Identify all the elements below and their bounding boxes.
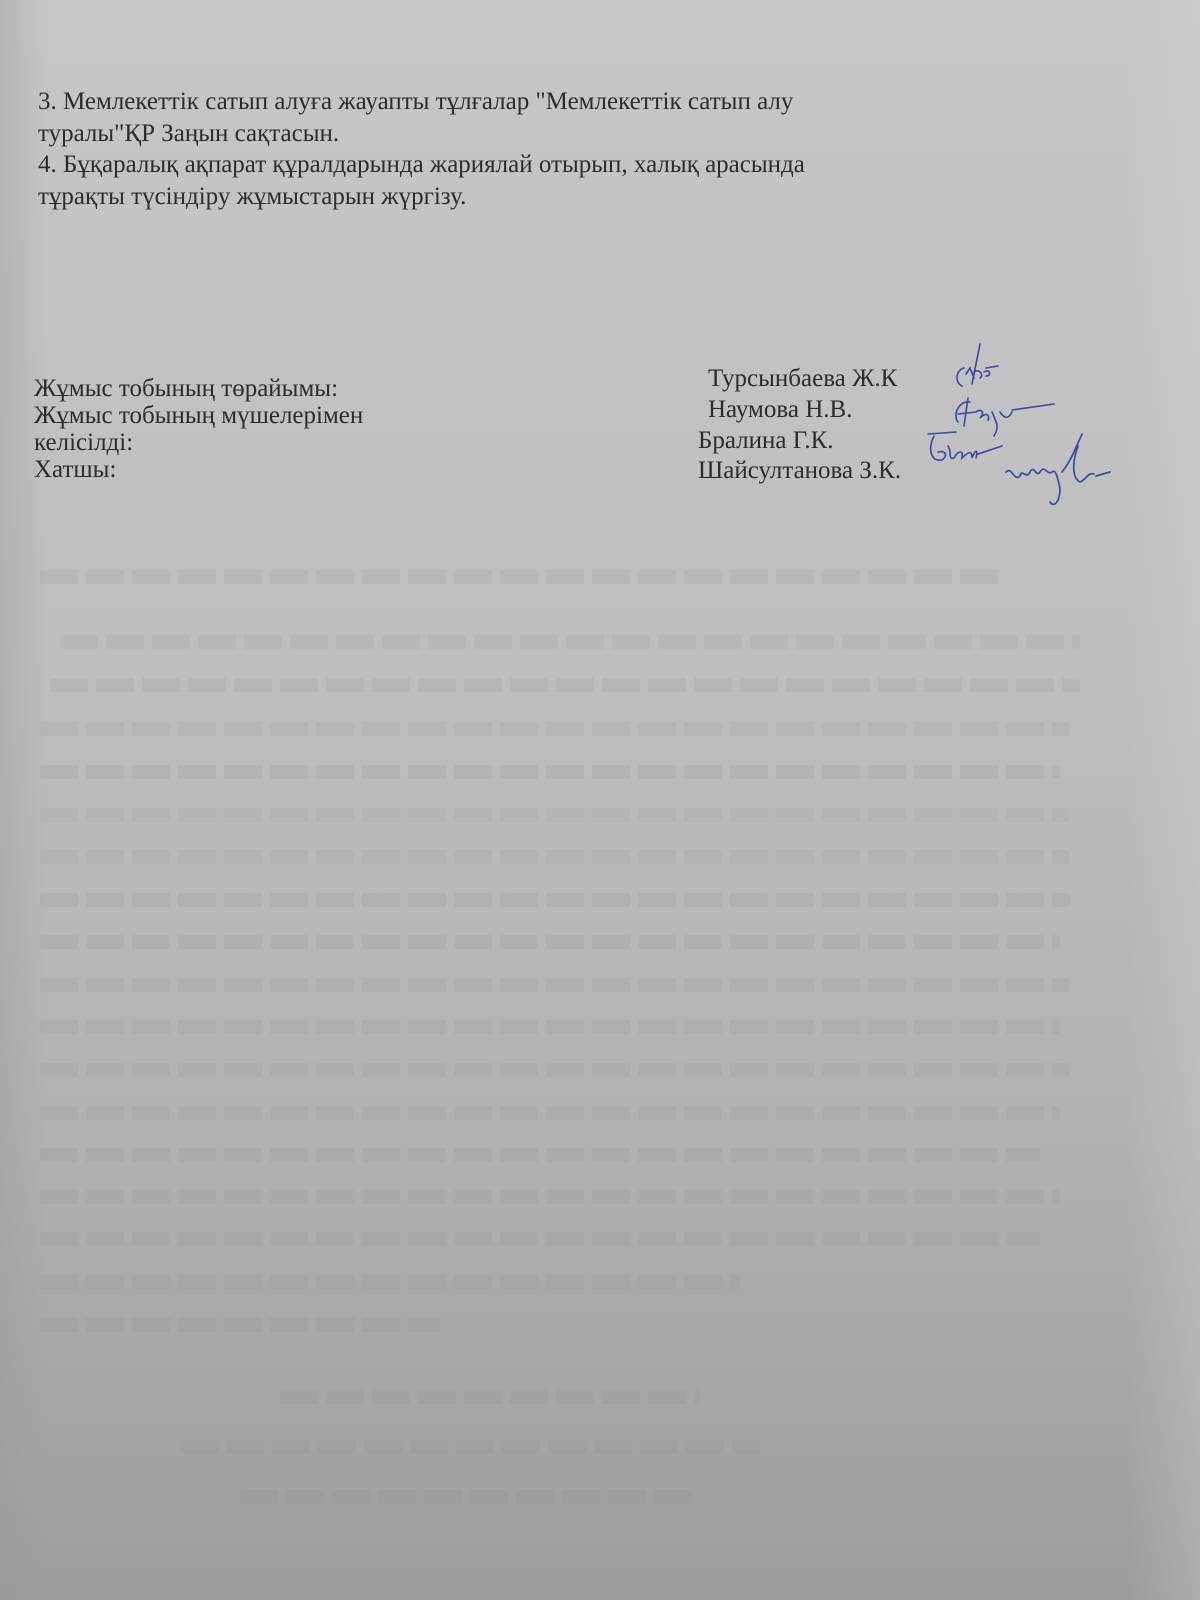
signature-chair xyxy=(950,338,1010,398)
role-chair-label: Жұмыс тобының төрайымы: xyxy=(34,375,363,402)
signatory-name-member-2: Бралина Г.К. xyxy=(698,427,834,454)
role-members-label: Жұмыс тобының мүшелерімен xyxy=(34,402,363,429)
resolution-text: 3. Мемлекеттік сатып алуға жауапты тұлға… xyxy=(38,86,1078,212)
signature-member-1 xyxy=(950,392,1060,447)
bleed-through-texture xyxy=(40,430,1160,1530)
paragraph-4-line-2: тұрақты түсіндіру жұмыстарын жүргізу. xyxy=(38,181,1078,213)
signatory-name-member-1: Наумова Н.В. xyxy=(708,396,852,423)
signatory-name-secretary: Шайсултанова З.К. xyxy=(698,457,901,484)
paragraph-4-line-1: 4. Бұқаралық ақпарат құралдарында жариял… xyxy=(38,149,1078,181)
signature-secretary xyxy=(1000,432,1120,527)
paper-shading xyxy=(0,0,1200,1600)
signatory-name-chair: Турсынбаева Ж.К xyxy=(708,365,897,392)
role-members-agreed-label: келісілді: xyxy=(34,429,363,456)
role-secretary-label: Хатшы: xyxy=(34,456,363,483)
paragraph-3-line-2: туралы"ҚР Заңын сақтасын. xyxy=(38,118,1078,150)
paragraph-3-line-1: 3. Мемлекеттік сатып алуға жауапты тұлға… xyxy=(38,86,1078,118)
signatory-roles: Жұмыс тобының төрайымы: Жұмыс тобының мү… xyxy=(34,375,363,483)
signature-member-2 xyxy=(918,428,1018,478)
